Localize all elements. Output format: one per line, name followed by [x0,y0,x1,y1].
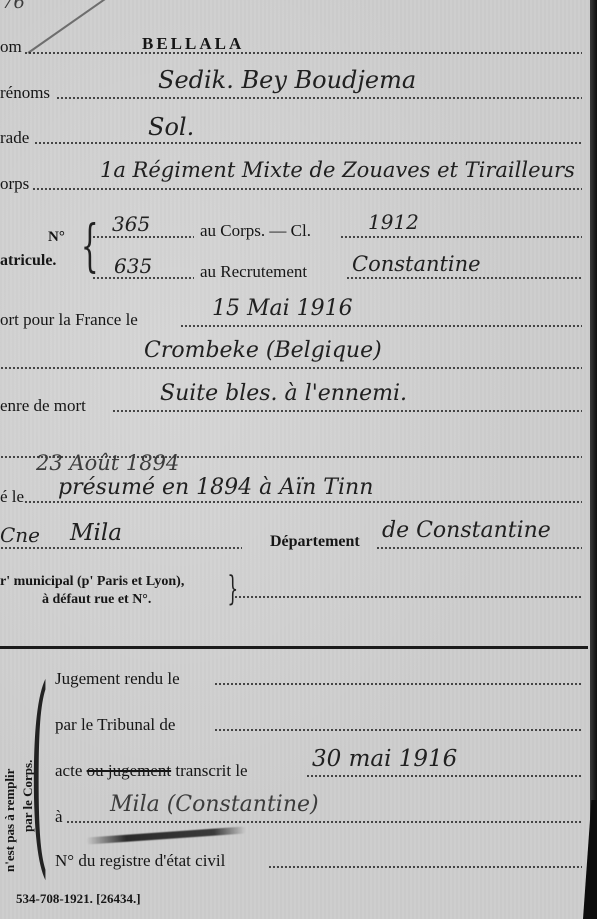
grade-value: Sol. [148,115,194,139]
classe-line [340,236,582,238]
matricule-label-no: N° [48,230,65,245]
corner-number: 76 [2,0,25,12]
domicile-line [234,596,582,598]
genre-label: enre de mort [0,397,86,414]
a-label: à [55,808,63,825]
registre-line [268,866,582,868]
domicile-brace: } [227,572,238,606]
recrutement-place: Constantine [352,254,481,275]
corps-label: orps [0,175,29,192]
prenoms-label: rénoms [0,84,50,101]
transcrit-value: 30 mai 1916 [312,748,457,771]
domicile-label-2: à défaut rue et N°. [42,593,151,607]
scan-edge [590,0,597,919]
transcrit-prefix: acte [55,761,87,780]
departement-value: de Constantine [382,520,551,542]
commune-value: Mila [70,522,122,545]
nom-line [24,52,582,54]
bottom-brace: ( [30,660,49,880]
departement-line [376,547,582,549]
recrutement-line [346,277,582,279]
footer-code: 534-708-1921. [26434.] [16,892,141,905]
grade-line [34,142,582,144]
recrutement-matricule-value: 635 [114,256,152,276]
jugement-line [214,683,582,685]
matricule-brace: { [81,219,99,275]
genre-line [112,410,582,412]
lieu-mort: Crombeke (Belgique) [144,340,382,362]
transcrit-struck: ou jugement [87,761,172,780]
departement-label: Département [270,534,360,550]
corps-matricule-value: 365 [112,214,150,234]
jugement-label: Jugement rendu le [55,670,180,687]
matricule-label: atricule. [0,253,56,269]
naissance-value: présumé en 1894 à Aïn Tinn [58,477,373,499]
ink-smudge [86,826,246,844]
prenoms-line [56,97,582,99]
naissance-date-above: 23 Août 1894 [36,453,179,474]
naissance-line [24,501,582,503]
au-recrutement-label: au Recrutement [200,263,307,280]
grade-label: rade [0,129,29,146]
mort-label: ort pour la France le [0,311,138,328]
mort-date: 15 Mai 1916 [212,298,353,320]
a-line [66,821,582,823]
section-divider [0,646,588,649]
transcrit-suffix: transcrit le [171,761,247,780]
au-corps-label: au Corps. — Cl. [200,222,311,239]
registre-label: N° du registre d'état civil [55,852,225,869]
classe-value: 1912 [368,212,419,232]
commune-label: Cne [0,525,40,545]
corps-line [32,188,582,190]
mort-line [180,325,582,327]
nom-value: BELLALA [142,34,244,54]
genre-value: Suite bles. à l'ennemi. [160,383,407,405]
corps-value: 1a Régiment Mixte de Zouaves et Tiraille… [100,160,575,181]
transcrit-line [306,775,582,777]
side-note-1: n'est pas à remplir [2,769,18,872]
domicile-label-1: r' municipal (p' Paris et Lyon), [0,575,184,589]
lieu-line [0,367,582,369]
document-page: 76 om BELLALA rénoms Sedik. Bey Boudjema… [0,0,590,919]
corps-matricule-line [92,236,194,238]
a-value: Mila (Constantine) [110,794,319,816]
tribunal-line [214,729,582,731]
prenoms-value: Sedik. Bey Boudjema [158,68,416,92]
transcrit-label: acte ou jugement transcrit le [55,762,248,779]
commune-line [0,547,242,549]
naissance-label: é le [0,488,24,505]
tribunal-label: par le Tribunal de [55,716,175,733]
nom-label: om [0,38,22,55]
